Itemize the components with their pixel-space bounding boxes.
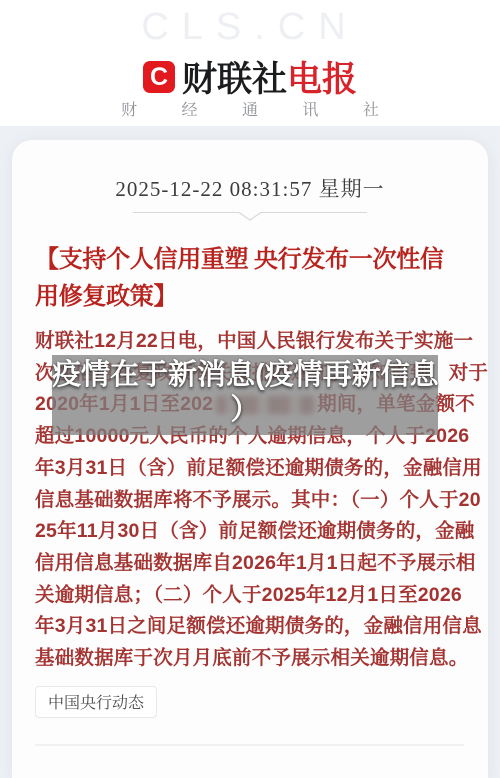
brand-subtitle: 财 经 通 讯 社 (0, 97, 500, 120)
chevron-down-icon (239, 212, 261, 220)
brand-name-red: 电报 (287, 52, 357, 102)
divider-line-left (133, 212, 239, 213)
body-line: 财联社12月22日电，中国人民银行发布关于实施一 (35, 326, 488, 358)
timestamp: 2025-12-22 08:31:57 星期一 (12, 140, 488, 203)
article-title-line2: 用修复政策】 (35, 279, 488, 316)
body-line: 信用信息基础数据库自2026年1月1日起不予展示相 (35, 548, 488, 580)
caption-overlay-line2: ） (52, 393, 438, 428)
notch-divider (133, 212, 367, 221)
body-line: 25年11月30日（含）前足额偿还逾期债务的，金融 (35, 516, 488, 548)
caption-overlay: 疫情在于新消息(疫情再新信息 ） (52, 355, 438, 435)
brand-name-black: 财联社 (182, 52, 287, 102)
article-title-line1: 【支持个人信用重塑 央行发布一次性信 (35, 242, 488, 279)
caption-overlay-line1: 疫情在于新消息(疫情再新信息 (52, 358, 438, 393)
body-line: 年3月31日之间足额偿还逾期债务的，金融信用信息 (35, 611, 488, 643)
cls-c-logo-icon: C (143, 61, 175, 93)
body-line: 关逾期信息；（二）个人于2025年12月1日至2026 (35, 580, 488, 612)
cls-watermark-text: CLS.CN (0, 6, 500, 49)
topic-tag-china-central-bank[interactable]: 中国央行动态 (35, 686, 157, 718)
article-title: 【支持个人信用重塑 央行发布一次性信 用修复政策】 (35, 242, 488, 316)
telegraph-card: 2025-12-22 08:31:57 星期一 【支持个人信用重塑 央行发布一次… (12, 140, 488, 778)
footer-divider (35, 744, 464, 746)
body-line: 年3月31日（含）前足额偿还逾期债务的，金融信用 (35, 453, 488, 485)
brand-logo: C 财联社 电报 (0, 52, 500, 102)
app-header: CLS.CN C 财联社 电报 财 经 通 讯 社 (0, 0, 500, 126)
divider-line-right (261, 212, 367, 213)
body-line: 基础数据库于次月月底前不予展示相关逾期信息。 (35, 643, 488, 675)
body-line: 信息基础数据库将不予展示。其中：（一）个人于20 (35, 485, 488, 517)
